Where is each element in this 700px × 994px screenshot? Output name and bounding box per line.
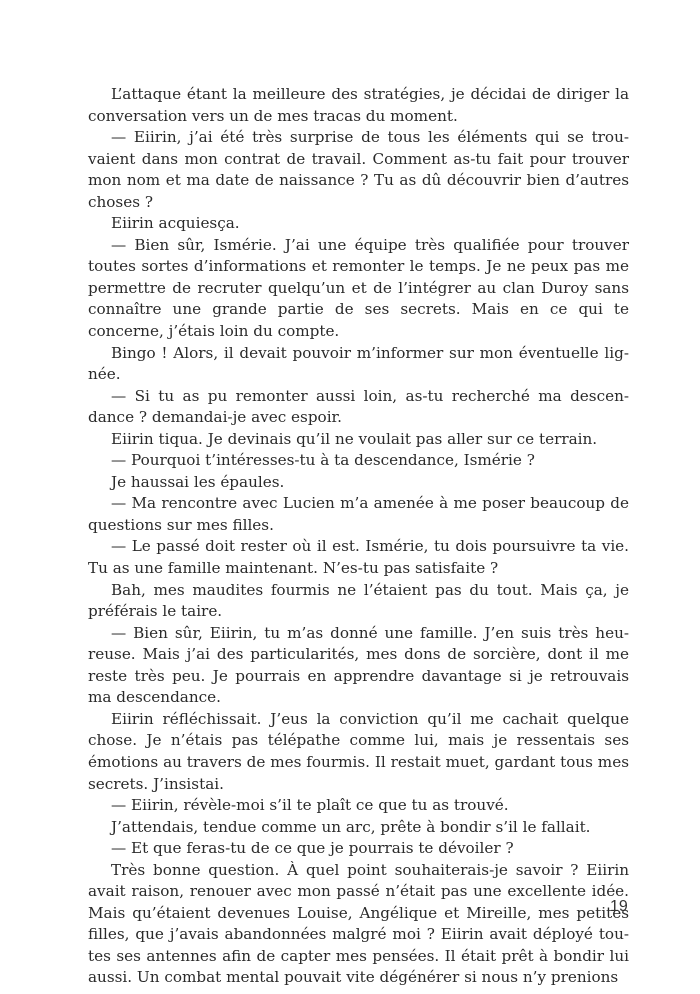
paragraph: — Bien sûr, Eiirin, tu m’as donné une fa… (88, 623, 629, 709)
paragraph: Eiirin tiqua. Je devinais qu’il ne voula… (88, 429, 629, 451)
paragraph: Je haussai les épaules. (88, 472, 629, 494)
paragraph: — Eiirin, j’ai été très surprise de tous… (88, 127, 629, 213)
paragraph: Bah, mes maudites fourmis ne l’étaient p… (88, 580, 629, 623)
paragraph: — Si tu as pu remonter aussi loin, as-tu… (88, 386, 629, 429)
paragraph: — Eiirin, révèle-moi s’il te plaît ce qu… (88, 795, 629, 817)
page-body: L’attaque étant la meilleure des stratég… (88, 84, 629, 989)
paragraph: — Le passé doit rester où il est. Isméri… (88, 536, 629, 579)
paragraph: — Ma rencontre avec Lucien m’a amenée à … (88, 493, 629, 536)
paragraph: Eiirin acquiesça. (88, 213, 629, 235)
paragraph: — Pourquoi t’intéresses-tu à ta descenda… (88, 450, 629, 472)
paragraph: Eiirin réfléchissait. J’eus la convictio… (88, 709, 629, 795)
paragraph: L’attaque étant la meilleure des stratég… (88, 84, 629, 127)
paragraph: J’attendais, tendue comme un arc, prête … (88, 817, 629, 839)
paragraph: Très bonne question. À quel point souhai… (88, 860, 629, 989)
paragraph: — Et que feras-tu de ce que je pourrais … (88, 838, 629, 860)
paragraph: Bingo ! Alors, il devait pouvoir m’infor… (88, 343, 629, 386)
page-number: 19 (610, 898, 628, 916)
paragraph: — Bien sûr, Ismérie. J’ai une équipe trè… (88, 235, 629, 343)
